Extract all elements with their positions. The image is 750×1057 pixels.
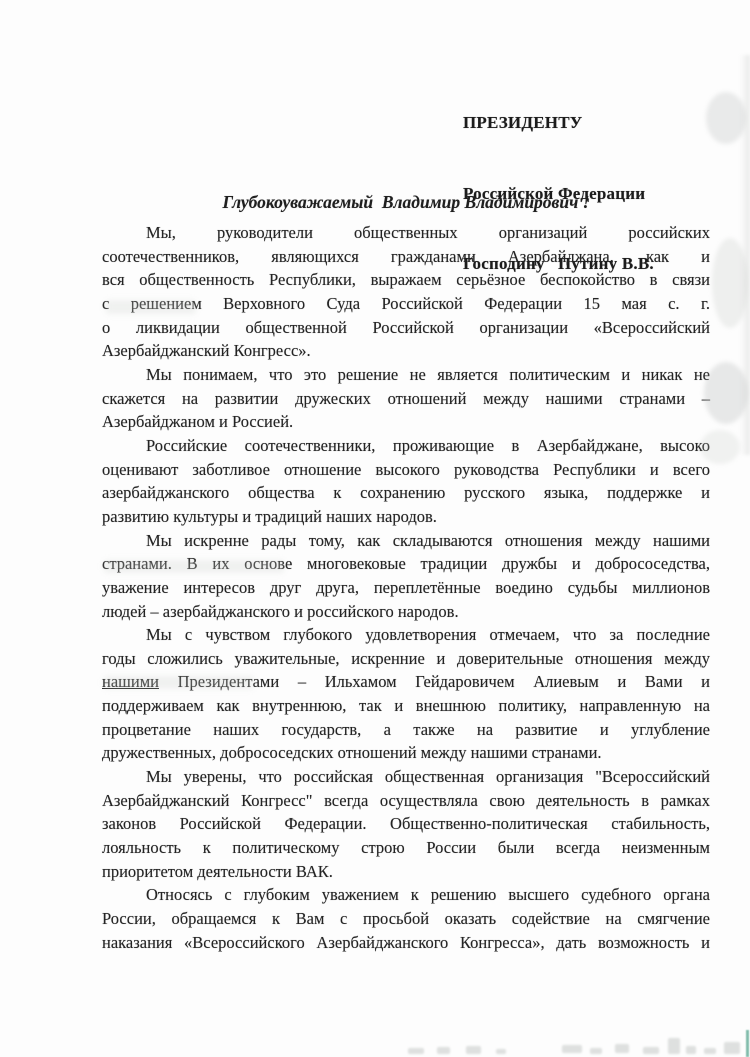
paragraph: Мы, руководители общественных организаци…	[102, 221, 710, 363]
body-line: Азербайджаном и Россией.	[102, 410, 710, 434]
body-line: развитию культуры и традиций наших народ…	[102, 505, 710, 529]
salutation: Глубокоуважаемый Владимир Владимирович !	[102, 192, 710, 213]
scan-noise-dash	[496, 1049, 506, 1054]
scan-noise-dash	[466, 1046, 481, 1054]
scan-smudge	[704, 362, 748, 424]
body-line: России, обращаемся к Вам с просьбой оказ…	[102, 907, 710, 931]
paragraph: Мы искренне рады тому, как складываются …	[102, 529, 710, 624]
body-line: дружественных, добрососедских отношений …	[102, 741, 710, 765]
underlined-word: нашими	[102, 672, 159, 691]
body-line: законов Российской Федерации. Общественн…	[102, 812, 710, 836]
body-line: процветание наших государств, а также на…	[102, 718, 710, 742]
body-line: азербайджанского общества к сохранению р…	[102, 481, 710, 505]
scan-noise-dash	[437, 1047, 450, 1054]
body-line: Мы понимаем, что это решение не является…	[102, 363, 710, 387]
body-line: лояльность к политическому строю России …	[102, 836, 710, 860]
paragraph: Российские соотечественники, проживающие…	[102, 434, 710, 529]
scan-noise-dash	[668, 1038, 680, 1054]
scan-noise-dash	[724, 1042, 740, 1054]
scan-noise-dash	[615, 1044, 629, 1053]
body-line: скажется на развитии дружеских отношений…	[102, 387, 710, 411]
body-line: вся общественность Республики, выражаем …	[102, 268, 710, 292]
body-line: Российские соотечественники, проживающие…	[102, 434, 710, 458]
body-line: Мы с чувством глубокого удовлетворения о…	[102, 623, 710, 647]
scan-noise-dash	[643, 1047, 659, 1054]
body-line: уважение интересов друг друга, переплетё…	[102, 576, 710, 600]
body-line: Мы, руководители общественных организаци…	[102, 221, 710, 245]
body-line: наказания «Всероссийского Азербайджанско…	[102, 931, 710, 955]
body-line: годы сложились уважительные, искренние и…	[102, 647, 710, 671]
body-line: нашими Президентами – Ильхамом Гейдарови…	[102, 670, 710, 694]
scan-edge-teal-sliver	[746, 1030, 749, 1057]
body-line: Мы искренне рады тому, как складываются …	[102, 529, 710, 553]
recipient-line-1: ПРЕЗИДЕНТУ	[463, 111, 654, 135]
letter-body: Мы, руководители общественных организаци…	[102, 221, 710, 954]
body-line: оценивают заботливое отношение высокого …	[102, 458, 710, 482]
scan-edge-shadow	[740, 55, 750, 455]
paragraph: Мы с чувством глубокого удовлетворения о…	[102, 623, 710, 765]
scan-smudge	[712, 238, 748, 328]
paragraph: Мы уверены, что российская общественная …	[102, 765, 710, 883]
paragraph: Мы понимаем, что это решение не является…	[102, 363, 710, 434]
scan-noise-dash	[408, 1048, 424, 1054]
body-line: поддерживаем как внутреннюю, так и внешн…	[102, 694, 710, 718]
scan-noise-dash	[686, 1046, 696, 1054]
body-line: о ликвидации общественной Российской орг…	[102, 316, 710, 340]
body-line: с решением Верховного Суда Российской Фе…	[102, 292, 710, 316]
body-line: Мы уверены, что российская общественная …	[102, 765, 710, 789]
body-line: соотечественников, являющихся гражданами…	[102, 245, 710, 269]
scanned-letter-page: ПРЕЗИДЕНТУ Российской Федерации Господин…	[0, 0, 750, 1057]
scan-smudge	[706, 92, 746, 144]
scan-noise-dash	[562, 1045, 582, 1053]
scan-noise-dash	[704, 1048, 716, 1054]
body-line: странами. В их основе многовековые тради…	[102, 552, 710, 576]
body-line: людей – азербайджанского и российского н…	[102, 600, 710, 624]
scan-noise-dash	[590, 1048, 602, 1054]
body-line: Азербайджанский Конгресс" всегда осущест…	[102, 789, 710, 813]
body-line: Азербайджанский Конгресс».	[102, 339, 710, 363]
body-line: приоритетом деятельности ВАК.	[102, 860, 710, 884]
body-line: Относясь с глубоким уважением к решению …	[102, 883, 710, 907]
paragraph: Относясь с глубоким уважением к решению …	[102, 883, 710, 954]
